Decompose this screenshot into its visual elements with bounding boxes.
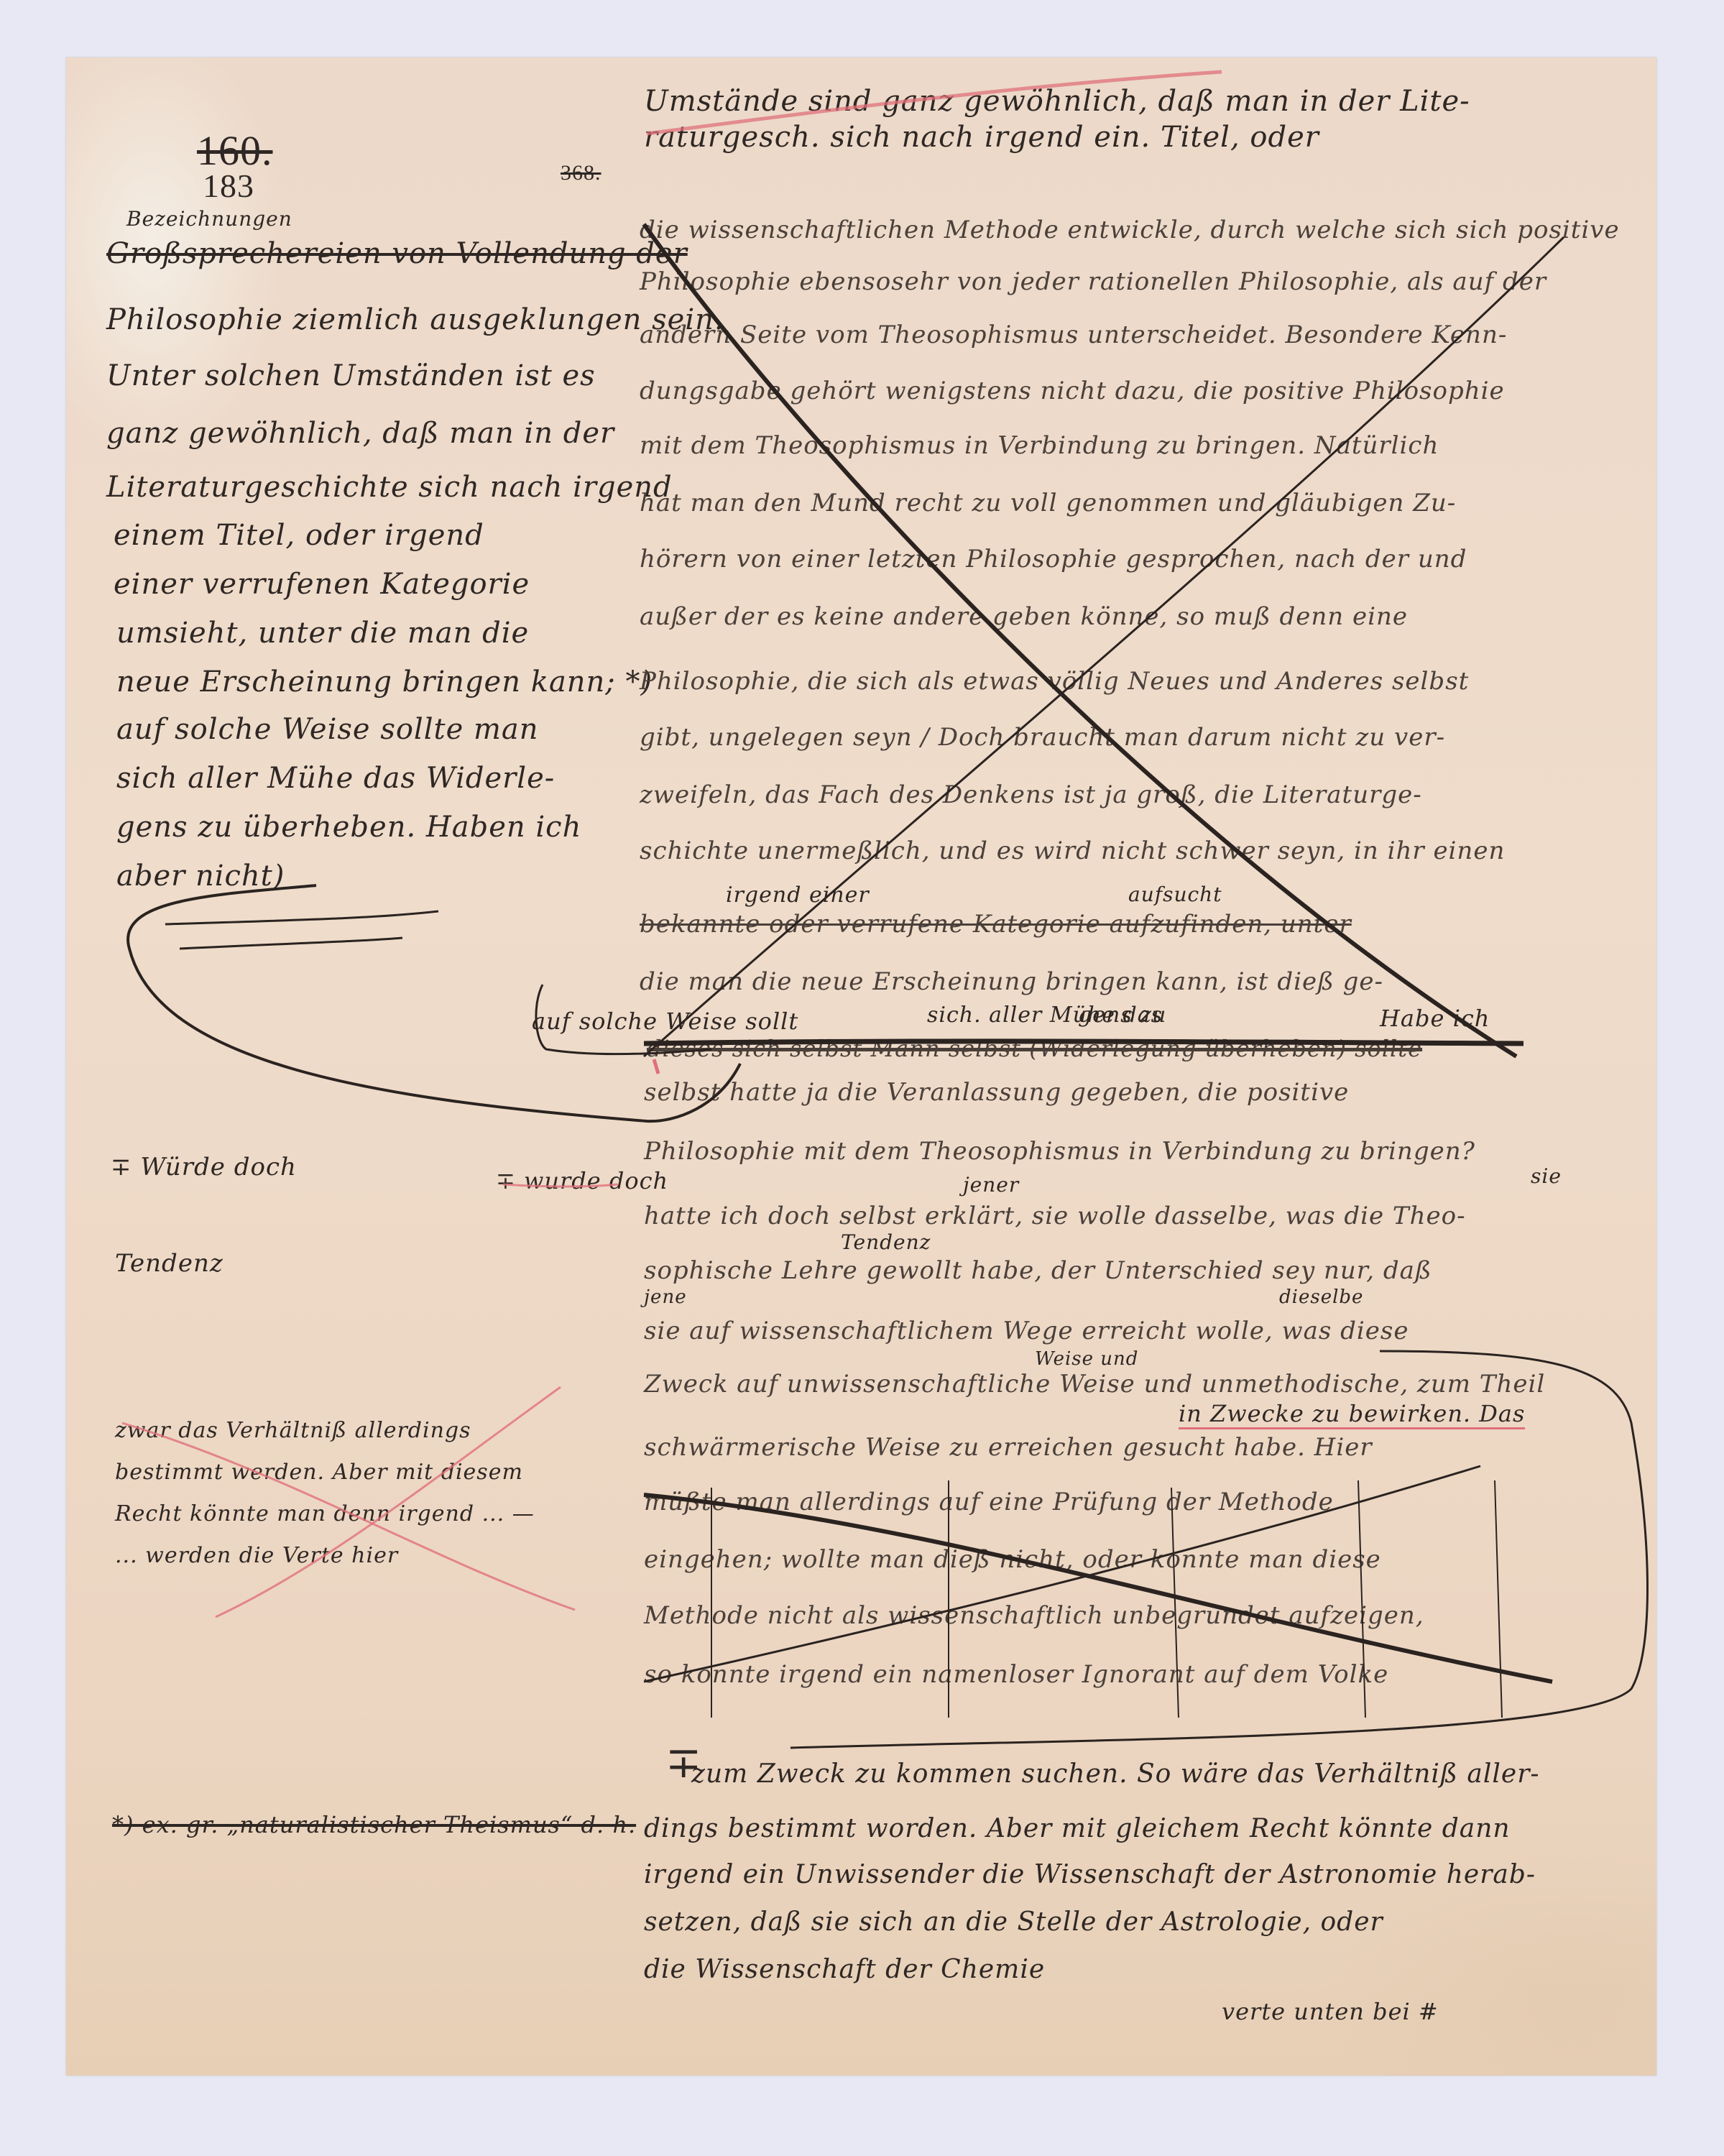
insertion-wurde-doch: ∓ wurde doch: [496, 1167, 668, 1194]
margin-line: aber nicht): [116, 860, 285, 893]
interlinear-insertion: irgend einer: [726, 883, 870, 908]
main-line: gibt, ungelegen seyn / Doch braucht man …: [640, 723, 1445, 752]
main-line: zweifeln, das Fach des Denkens ist ja gr…: [640, 780, 1422, 809]
margin-line: Unter solchen Umständen ist es: [106, 359, 596, 392]
continued-line: sophische Lehre gewollt habe, der Unters…: [644, 1256, 1432, 1285]
main-line: schichte unermeßlich, und es wird nicht …: [640, 837, 1505, 865]
main-line: dungsgabe gehört wenigstens nicht dazu, …: [640, 377, 1505, 405]
continued-line: hatte ich doch selbst erklärt, sie wolle…: [644, 1202, 1466, 1230]
old-page-number: 368.: [561, 161, 601, 185]
margin-note-wurde-doch: ∓ Würde doch: [111, 1153, 297, 1181]
insertion-sie: sie: [1531, 1164, 1562, 1188]
margin-line: gens zu überheben. Haben ich: [116, 811, 581, 844]
bracket-insertion-part: auf solche Weise sollt: [532, 1008, 798, 1035]
main-line: die wissenschaftlichen Methode entwickle…: [640, 216, 1620, 244]
bottom-line: die Wissenschaft der Chemie: [644, 1955, 1045, 1984]
continued-line: Zweck auf unwissenschaftliche Weise und …: [644, 1370, 1545, 1399]
main-line: Philosophie ebensosehr von jeder ratione…: [640, 267, 1546, 296]
main-line: hörern von einer letzten Philosophie ges…: [640, 545, 1467, 573]
crossed-block-line: eingehen; wollte man dieß nicht, oder ko…: [644, 1545, 1381, 1574]
margin-note-tendenz: Tendenz: [115, 1249, 223, 1278]
margin-line: Philosophie ziemlich ausgeklungen sein.: [106, 303, 724, 336]
interlinear-insertion: aufsucht: [1128, 883, 1222, 906]
margin-line: ganz gewöhnlich, daß man in der: [106, 417, 614, 450]
bracket-insertion-part: gens zu: [1078, 1003, 1166, 1028]
bottom-line: irgend ein Unwissender die Wissenschaft …: [644, 1860, 1536, 1889]
main-line: die man die neue Erscheinung bringen kan…: [640, 967, 1383, 996]
insertion-tendenz: Tendenz: [841, 1230, 931, 1254]
main-line: Philosophie, die sich als etwas völlig N…: [640, 667, 1469, 696]
bottom-line: dings bestimmt worden. Aber mit gleichem…: [644, 1814, 1511, 1843]
main-line: hat man den Mund recht zu voll genommen …: [640, 489, 1456, 517]
continued-line: Philosophie mit dem Theosophismus in Ver…: [644, 1137, 1475, 1166]
crossed-block-line: müßte man allerdings auf eine Prüfung de…: [644, 1488, 1334, 1516]
margin-line: auf solche Weise sollte man: [116, 713, 539, 746]
insertion-red-underlined: in Zwecke zu bewirken. Das: [1179, 1400, 1525, 1429]
continued-line: schwärmerische Weise zu erreichen gesuch…: [644, 1433, 1373, 1462]
main-line: andern Seite vom Theosophismus untersche…: [640, 321, 1507, 349]
continued-line: selbst hatte ja die Veranlassung gegeben…: [644, 1078, 1349, 1107]
bracket-insertion-part: Habe ich: [1380, 1005, 1490, 1032]
margin-line: einem Titel, oder irgend: [114, 519, 484, 552]
verte-note: verte unten bei #: [1222, 1998, 1439, 2025]
insertion-jene: jene: [644, 1286, 687, 1308]
insertion-dieselbe: dieselbe: [1279, 1286, 1363, 1308]
margin-line: neue Erscheinung bringen kann; *): [116, 665, 653, 699]
top-insertion-line-1: Umstände sind ganz gewöhnlich, daß man i…: [644, 85, 1470, 118]
main-line-struck: bekannte oder verrufene Kategorie aufzuf…: [640, 910, 1352, 939]
margin-line: Literaturgeschichte sich nach irgend: [106, 471, 673, 504]
bottom-line: setzen, daß sie sich an die Stelle der A…: [644, 1907, 1383, 1937]
margin-line: umsieht, unter die man die: [116, 617, 529, 650]
bottom-line: zum Zweck zu kommen suchen. So wäre das …: [691, 1759, 1540, 1789]
margin-line: einer verrufenen Kategorie: [114, 568, 530, 601]
margin-line: sich aller Mühe das Widerle-: [116, 762, 555, 795]
margin-note-crossed-red: zwar das Verhältniß allerdings bestimmt …: [115, 1410, 561, 1577]
crossed-block-line: Methode nicht als wissenschaftlich unbeg…: [644, 1601, 1424, 1630]
main-line: außer der es keine andere geben könne, s…: [640, 602, 1408, 631]
crossed-block-line: so konnte irgend ein namenloser Ignorant…: [644, 1660, 1388, 1689]
insertion-weise-und: Weise und: [1035, 1348, 1138, 1370]
main-line: mit dem Theosophismus in Verbindung zu b…: [640, 431, 1439, 460]
footnote: *) ex. gr. „naturalistischer Theismus“ d…: [112, 1811, 636, 1838]
top-insertion-line-2: raturgesch. sich nach irgend ein. Titel,…: [644, 121, 1319, 154]
margin-insertion-word: Bezeichnungen: [126, 207, 292, 231]
margin-line: Großsprechereien von Vollendung der: [106, 237, 688, 270]
struck-line: dieses sich selbst Mann selbst (Widerleg…: [647, 1035, 1422, 1062]
folio-number: 183: [203, 167, 254, 205]
continued-line: sie auf wissenschaftlichem Wege erreicht…: [644, 1317, 1409, 1345]
insertion-jener: jener: [963, 1173, 1019, 1197]
